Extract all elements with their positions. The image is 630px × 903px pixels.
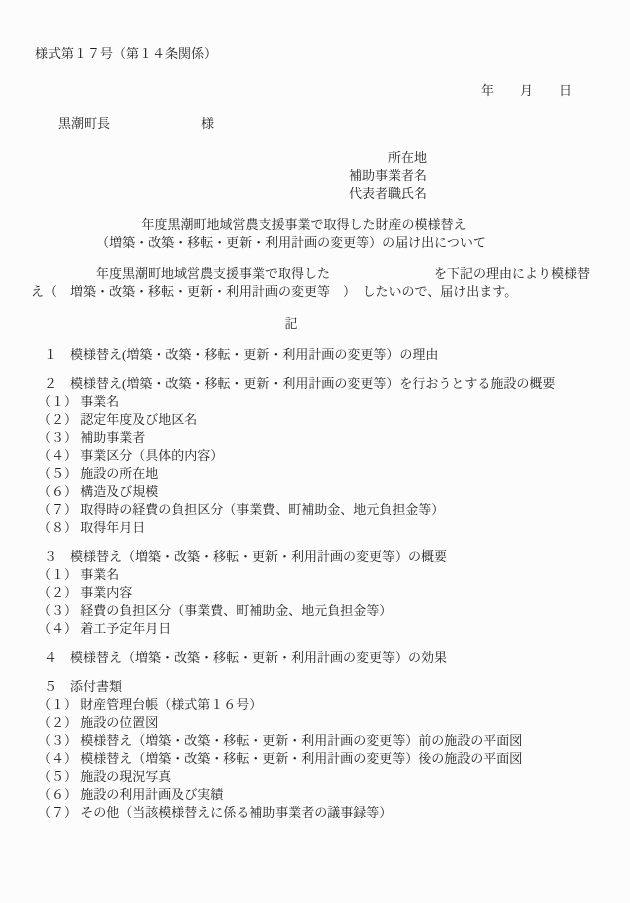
section-4-heading: ４ 模様替え（増築・改築・移転・更新・利用計画の変更等）の効果 [0,649,630,667]
document-title-line-2: （増築・改築・移転・更新・利用計画の変更等）の届け出について [0,234,551,252]
section-2-item-5: （５） 施設の所在地 [0,465,630,483]
record-marker: 記 [0,315,551,333]
section-2-item-7: （７） 取得時の経費の負担区分（事業費、町補助金、地元負担金等） [0,501,630,519]
document-page: 様式第１７号（第１４条関係） 年 月 日 黒潮町長 様 所在地 補助事業者名 代… [0,0,630,903]
section-2-item-2: （２） 認定年度及び地区名 [0,411,630,429]
section-3-item-4: （４） 着工予定年月日 [0,620,630,638]
section-2-item-4: （４） 事業区分（具体的内容） [0,447,630,465]
section-5-item-6: （６） 施設の利用計画及び実績 [0,786,630,804]
section-3-item-2: （２） 事業内容 [0,584,630,602]
sender-location-label: 所在地 [0,149,630,167]
date-line: 年 月 日 [0,82,630,100]
section-2-heading: ２ 模様替え(増築・改築・移転・更新・利用計画の変更等）を行おうとする施設の概要 [0,375,630,393]
section-3-item-3: （３） 経費の負担区分（事業費、町補助金、地元負担金等） [0,602,630,620]
section-5-item-4: （４） 模様替え（増築・改築・移転・更新・利用計画の変更等）後の施設の平面図 [0,750,630,768]
section-5-heading: ５ 添付書類 [0,678,630,696]
document-title-line-1: 年度黒潮町地域営農支援事業で取得した財産の模様替え [0,216,551,234]
section-5-item-3: （３） 模様替え（増築・改築・移転・更新・利用計画の変更等）前の施設の平面図 [0,732,630,750]
section-5-item-5: （５） 施設の現況写真 [0,768,630,786]
section-2-item-8: （８） 取得年月日 [0,519,630,537]
section-3-heading: ３ 模様替え（増築・改築・移転・更新・利用計画の変更等）の概要 [0,548,630,566]
sender-name-label: 補助事業者名 [0,167,630,185]
section-2-item-3: （３） 補助事業者 [0,429,630,447]
body-paragraph-line-1: 年度黒潮町地域営農支援事業で取得した を下記の理由により模様替 [0,265,630,283]
section-3-item-1: （１） 事業名 [0,566,630,584]
section-2-item-6: （６） 構造及び規模 [0,483,630,501]
section-1-heading: １ 模様替え(増築・改築・移転・更新・利用計画の変更等）の理由 [0,346,630,364]
section-5-item-2: （２） 施設の位置図 [0,714,630,732]
section-5-item-1: （１） 財産管理台帳（様式第１６号） [0,696,630,714]
addressee: 黒潮町長 様 [0,115,630,133]
section-2-item-1: （１） 事業名 [0,393,630,411]
section-5-item-7: （７） その他（当該模様替えに係る補助事業者の議事録等） [0,804,630,822]
body-paragraph-line-2: え（ 増築・改築・移転・更新・利用計画の変更等 ） したいので、届け出ます。 [0,283,630,301]
sender-representative-label: 代表者職氏名 [0,185,630,203]
form-number: 様式第１７号（第１４条関係） [0,45,630,63]
